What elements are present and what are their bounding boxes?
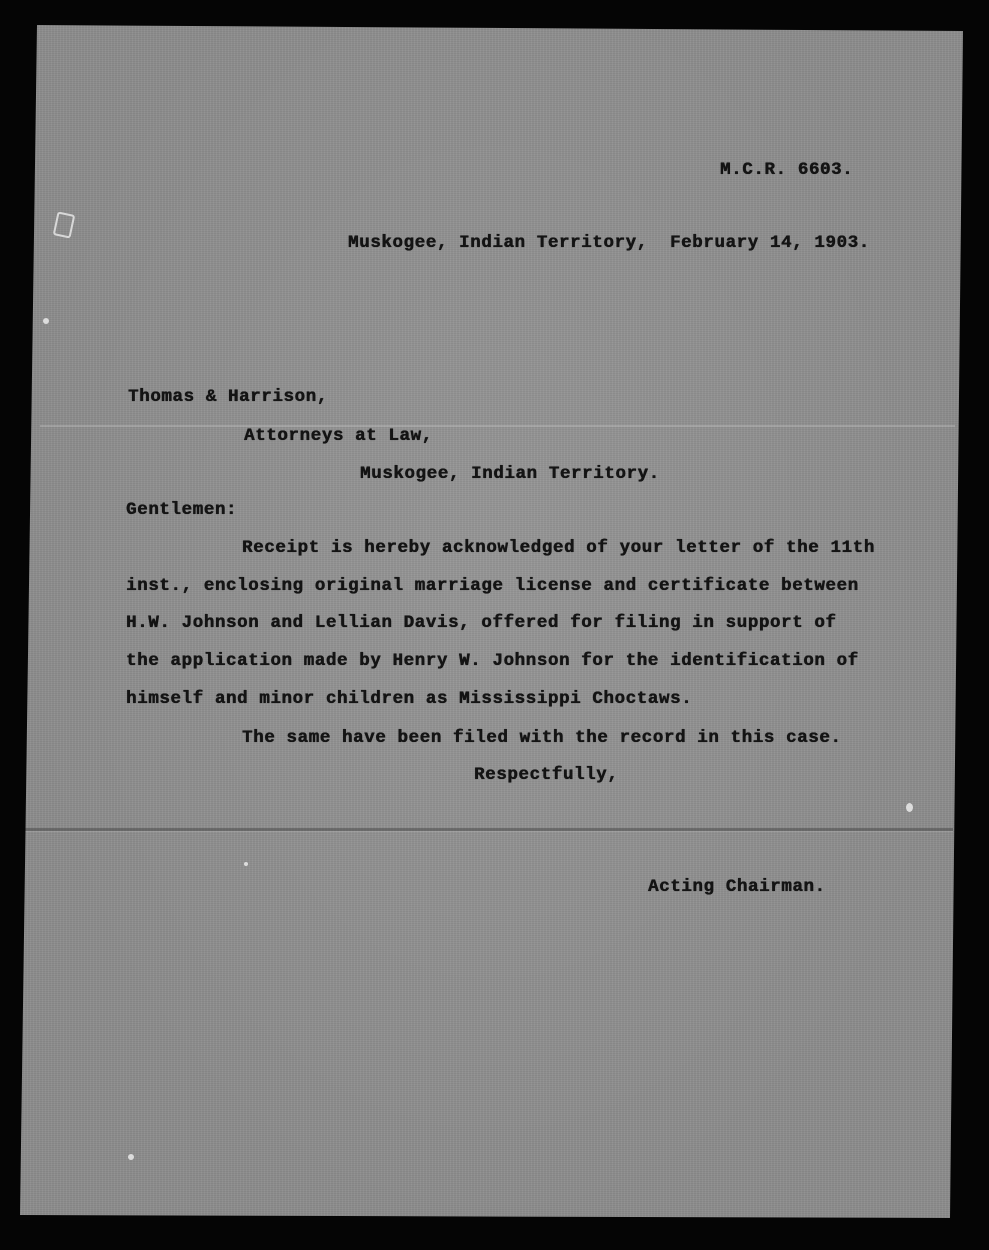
signature-title: Acting Chairman.	[648, 877, 826, 897]
body-line: H.W. Johnson and Lellian Davis, offered …	[126, 613, 837, 633]
addressee-name: Thomas & Harrison,	[128, 387, 328, 407]
body-line: Receipt is hereby acknowledged of your l…	[242, 538, 875, 558]
paper-speck	[128, 1154, 134, 1160]
fold-crease-highlight	[25, 831, 953, 832]
staple-mark	[53, 211, 76, 238]
reference-number: M.C.R. 6603.	[720, 160, 853, 180]
salutation: Gentlemen:	[126, 500, 237, 520]
fold-crease-upper	[40, 425, 955, 427]
paper-speck	[244, 862, 248, 866]
place-and-date: Muskogee, Indian Territory, February 14,…	[348, 233, 870, 253]
letter-page: M.C.R. 6603. Muskogee, Indian Territory,…	[0, 0, 989, 1250]
body-line: the application made by Henry W. Johnson…	[126, 651, 859, 671]
body-line: inst., enclosing original marriage licen…	[126, 576, 859, 596]
body-line: himself and minor children as Mississipp…	[126, 689, 692, 709]
addressee-location: Muskogee, Indian Territory.	[360, 464, 660, 484]
closing: Respectfully,	[474, 765, 618, 785]
paper-speck	[43, 318, 49, 324]
addressee-title: Attorneys at Law,	[244, 426, 433, 446]
body-line: The same have been filed with the record…	[242, 728, 842, 748]
paper-speck	[906, 803, 913, 812]
